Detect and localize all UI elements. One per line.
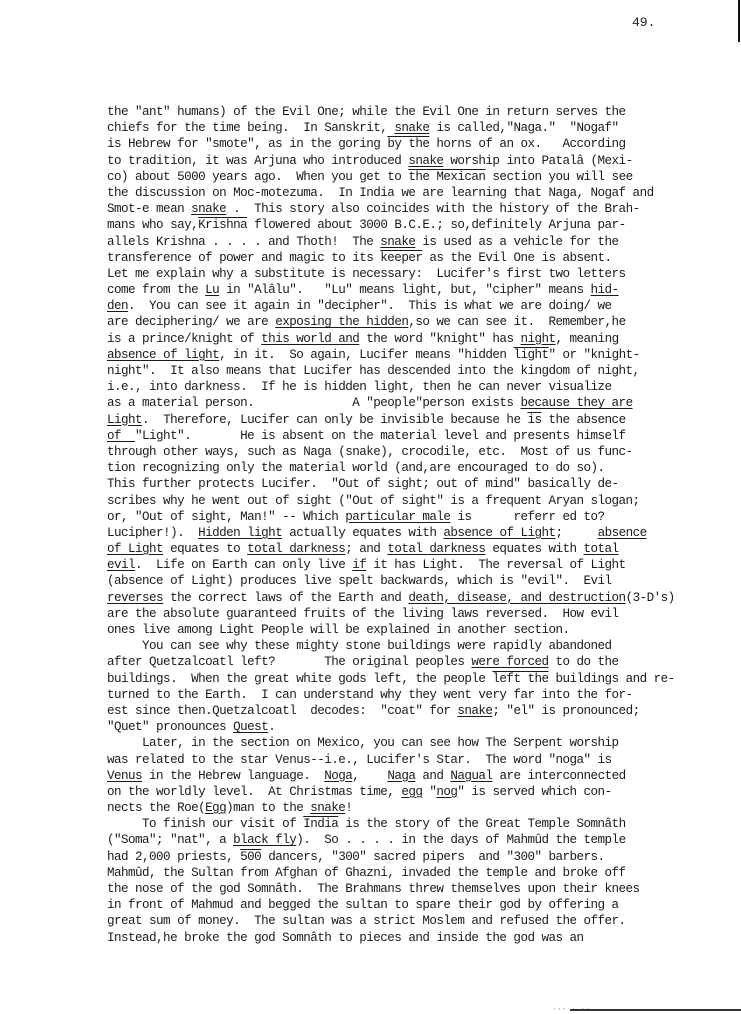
text-run: is called,"Naga." "Nogaf" [429,121,618,135]
text-line: the "ant" humans) of the Evil One; while… [107,104,732,120]
underlined-text: absence of Light [443,526,555,540]
underlined-text: reverses [107,591,163,605]
text-run: . Life on Earth can only live [135,558,352,572]
text-run: come from the [107,283,205,297]
text-line: through other ways, such as Naga (snake)… [107,444,732,460]
text-run: is Hebrew for "smote", as in the goring [107,137,387,151]
underlined-text: hid- [591,283,619,297]
text-run: are interconnected [492,769,625,783]
text-run: had 2,000 priests, [107,850,240,864]
text-line: to tradition, it was Arjuna who introduc… [107,153,732,169]
text-run: the word "knight" has [359,332,520,346]
text-line: "Quet" pronounces Quest. [107,719,732,735]
text-run: dancers, "300" sacred pipers and "300" b… [261,850,604,864]
text-run: great sum of money. The sultan was a str… [107,914,626,928]
text-line: To finish our visit of India is the stor… [107,816,732,832]
text-line: is Hebrew for "smote", as in the goring … [107,136,732,152]
text-run: ). So . . . . in the days of Mahmûd the … [296,833,625,847]
text-run: it has Light. The reversal of Light [366,558,625,572]
text-run: tion recognizing only the material world… [107,461,605,475]
text-line: are the absolute guaranteed fruits of th… [107,606,732,622]
text-run: in front of Mahmud and begged the sultan… [107,898,619,912]
text-run: Let me explain why a substitute is neces… [107,267,626,281]
text-run: Instead,he broke the god Somnâth to piec… [107,931,584,945]
text-run: To finish our visit of [107,817,303,831]
text-run: ,so we can see it. Remember,he [408,315,625,329]
underlined-text: were forced [471,655,548,669]
underlined-text: Hidden light [198,526,282,540]
text-line: after Quetzalcoatl left? The original pe… [107,654,732,670]
text-line: on the worldly level. At Christmas time,… [107,784,732,800]
text-run: flowered about 3000 B.C.E.; so,definitel… [247,218,625,232]
text-line: Later, in the section on Mexico, you can… [107,735,732,751]
text-run: the absence [541,413,625,427]
text-run: ones live among Light People will be exp… [107,623,570,637]
text-run: ; "el" is pronounced; [492,704,639,718]
text-run: are deciphering/ we are [107,315,275,329]
text-run: section you will see [485,170,632,184]
text-line: You can see why these mighty stone build… [107,638,732,654]
text-line: nects the Roe(Egg)man to the snake! [107,800,732,816]
text-line: had 2,000 priests, 500 dancers, "300" sa… [107,849,732,865]
text-run: to tradition, it was Arjuna who introduc… [107,154,408,168]
text-line: chiefs for the time being. In Sanskrit, … [107,120,732,136]
text-run: Smot-e mean [107,202,191,216]
text-line: co) about 5000 years ago. When you get t… [107,169,732,185]
document-page: 49. the "ant" humans) of the Evil One; w… [0,0,741,1014]
scan-edge-mark [738,0,740,42]
page-number: 49. [632,15,655,30]
text-line: in front of Mahmud and begged the sultan… [107,897,732,913]
text-line: est since then.Quetzalcoatl decodes: "co… [107,703,732,719]
text-run: in the Hebrew language. [142,769,324,783]
text-run: is referr ed to? [450,510,604,524]
text-line: Let me explain why a substitute is neces… [107,266,732,282]
text-run: was related to the star Venus--i.e., Luc… [107,753,612,767]
text-run: is used as a vehicle for the [415,235,618,249]
text-line: the nose of the god Somnâth. The Brahman… [107,881,732,897]
text-line: evil. Life on Earth can only live if it … [107,557,732,573]
text-run: "Light". He is absent on the material le… [135,429,626,443]
underlined-text: particular male [345,510,450,524]
text-run: and [415,769,450,783]
text-run: " or "knight- [549,348,640,362]
text-line: buildings. When the great white gods lef… [107,671,732,687]
text-run: mans who say, [107,218,198,232]
text-line: turned to the Earth. I can understand wh… [107,687,732,703]
text-run: ; and [345,542,387,556]
text-run: ; [556,526,598,540]
text-run: after Quetzalcoatl left? The original pe… [107,655,471,669]
text-run: (absence of Light) produces live spelt b… [107,574,612,588]
text-line: Mahmûd, the Sultan from Afghan of Ghazni… [107,865,732,881]
underlined-text: Nagual [450,769,492,783]
text-run: Mahmûd, the Sultan from Afghan of Ghazni… [107,866,626,880]
text-run: . This story also coincides with the his… [226,202,639,216]
text-run: . [268,720,275,734]
underlined-text: egg [401,785,422,799]
text-run: i.e., into darkness. If he is hidden lig… [107,380,612,394]
text-line: come from the Lu in "Alâlu". "Lu" means … [107,282,732,298]
text-line: night". It also means that Lucifer has d… [107,363,732,379]
text-run: equates with [485,542,583,556]
text-run: in "Alâlu". "Lu" means light, but, "ciph… [219,283,590,297]
underlined-text: Egg [205,801,226,815]
text-line: mans who say,Krishna flowered about 3000… [107,217,732,233]
underlined-text: snake [191,202,226,216]
text-run: is a prince/knight of [107,332,261,346]
underlined-text: of Light [107,542,163,556]
text-run: This further protects Lucifer. "Out of s… [107,477,619,491]
text-line: Smot-e mean snake . This story also coin… [107,201,732,217]
underlined-text: Noga [324,769,352,783]
underlined-text: death, disease, and destruction [408,591,625,605]
text-line: of Light equates to total darkness; and … [107,541,732,557]
text-line: This further protects Lucifer. "Out of s… [107,476,732,492]
underlined-text: total darkness [247,542,345,556]
text-line: great sum of money. The sultan was a str… [107,913,732,929]
text-run: equates to [163,542,247,556]
text-run: , meaning [556,332,619,346]
underlined-text: evil [107,558,135,572]
underlined-text: Light [107,413,142,427]
overlined-text: the Mexican [408,170,485,184]
underlined-text: absence [598,526,647,540]
text-line: Light. Therefore, Lucifer can only be in… [107,412,732,428]
text-run: " [422,785,436,799]
text-line: the discussion on Moc-motezuma. In India… [107,185,732,201]
text-run: as the Evil One is absent. [422,251,611,265]
overlined-text: Krishna [198,218,247,232]
underlined-text: total [584,542,619,556]
text-run: the correct laws of the Earth and [163,591,408,605]
text-line: as a material person. A "people"person e… [107,395,732,411]
text-line: i.e., into darkness. If he is hidden lig… [107,379,732,395]
text-run: , in it. So again, Lucifer means "hidden [219,348,513,362]
text-line: of "Light". He is absent on the material… [107,428,732,444]
text-line: ("Soma"; "nat", a black fly). So . . . .… [107,832,732,848]
underlined-text: absence of light [107,348,219,362]
text-run: nects the Roe( [107,801,205,815]
text-line: (absence of Light) produces live spelt b… [107,573,732,589]
underlined-text: Venus [107,769,142,783]
text-line: reverses the correct laws of the Earth a… [107,590,732,606]
overlined-text: 500 [240,850,261,864]
underlined-text: Naga [387,769,415,783]
text-run: Lucipher!). [107,526,198,540]
overlined-text: light [513,348,548,362]
underlined-text: nog [436,785,457,799]
underlined-text: snake [380,235,415,249]
text-run: buildings and re- [548,672,674,686]
underlined-text: if [352,558,366,572]
text-run: . Therefore, Lucifer can only be invisib… [142,413,527,427]
text-run: ! [345,801,352,815]
underlined-text: snake [310,801,345,815]
text-run: scribes why he went out of sight ("Out o… [107,494,640,508]
text-run: as a material person. A "people"person e… [107,396,520,410]
text-line: transference of power and magic to its k… [107,250,732,266]
text-run: (3-D's) [626,591,675,605]
underlined-text: black fly [233,833,296,847]
text-line: Venus in the Hebrew language. Noga, Naga… [107,768,732,784]
overlined-text: India [303,817,338,831]
underlined-text: this world and [261,332,359,346]
text-run: chiefs for the time being. In Sanskrit, [107,121,394,135]
text-run: ("Soma"; "nat", a [107,833,233,847]
text-run: on the worldly level. At Christmas time, [107,785,401,799]
underlined-text: night [520,332,555,346]
text-run: the "ant" humans) of the Evil One; while… [107,105,626,119]
text-line: allels Krishna . . . . and Thoth! The sn… [107,234,732,250]
underlined-text: Lu [205,283,219,297]
text-run: through other ways, such as Naga (snake)… [107,445,633,459]
underlined-text: snake [394,121,429,135]
text-run: buildings. When the great white gods lef… [107,672,492,686]
text-run: is the story of the Great Temple Somnâth [338,817,625,831]
underlined-text: total darkness [387,542,485,556]
text-run: allels Krishna . . . . and Thoth! The [107,235,380,249]
text-run: horns of an ox. According [429,137,625,151]
text-run: )man to the [226,801,310,815]
text-run: You can see why these mighty stone build… [107,639,612,653]
text-line: Instead,he broke the god Somnâth to piec… [107,930,732,946]
text-run: night". It also means that Lucifer has d… [107,364,640,378]
underlined-text: because they are [520,396,632,410]
overlined-text: is [527,413,541,427]
text-run: . You can see it again in "decipher". Th… [128,299,612,313]
underlined-text: exposing the hidden [275,315,408,329]
overlined-text: left the [492,672,548,686]
footer-rule [570,1009,741,1011]
text-run: Later, in the section on Mexico, you can… [107,736,619,750]
text-run: est since then.Quetzalcoatl decodes: "co… [107,704,457,718]
text-line: scribes why he went out of sight ("Out o… [107,493,732,509]
text-line: was related to the star Venus--i.e., Luc… [107,752,732,768]
text-run: , [352,769,387,783]
text-line: absence of light, in it. So again, Lucif… [107,347,732,363]
text-run: the discussion on Moc-motezuma. In India… [107,186,654,200]
text-line: are deciphering/ we are exposing the hid… [107,314,732,330]
text-run: worship into Patalâ (Mexi- [443,154,632,168]
text-line: is a prince/knight of this world and the… [107,331,732,347]
overlined-text: by the [387,137,429,151]
text-run: actually equates with [282,526,443,540]
text-run: transference of power and magic to its [107,251,380,265]
text-run: turned to the Earth. I can understand wh… [107,688,633,702]
body-text: the "ant" humans) of the Evil One; while… [107,104,732,946]
text-line: or, "Out of sight, Man!" -- Which partic… [107,509,732,525]
text-run: the nose of the god Somnâth. The Brahman… [107,882,640,896]
underlined-text: den [107,299,128,313]
underlined-text: of [107,429,135,443]
text-line: Lucipher!). Hidden light actually equate… [107,525,732,541]
text-run: are the absolute guaranteed fruits of th… [107,607,619,621]
overlined-text: keeper [380,251,422,265]
text-run: " is served which con- [457,785,611,799]
underlined-text: Quest [233,720,268,734]
text-run: or, "Out of sight, Man!" -- Which [107,510,345,524]
text-line: tion recognizing only the material world… [107,460,732,476]
text-run: to do the [548,655,618,669]
text-line: ones live among Light People will be exp… [107,622,732,638]
text-run: "Quet" pronounces [107,720,233,734]
text-run: co) about 5000 years ago. When you get t… [107,170,408,184]
underlined-text: snake [457,704,492,718]
underlined-text: snake [408,154,443,168]
text-line: den. You can see it again in "decipher".… [107,298,732,314]
